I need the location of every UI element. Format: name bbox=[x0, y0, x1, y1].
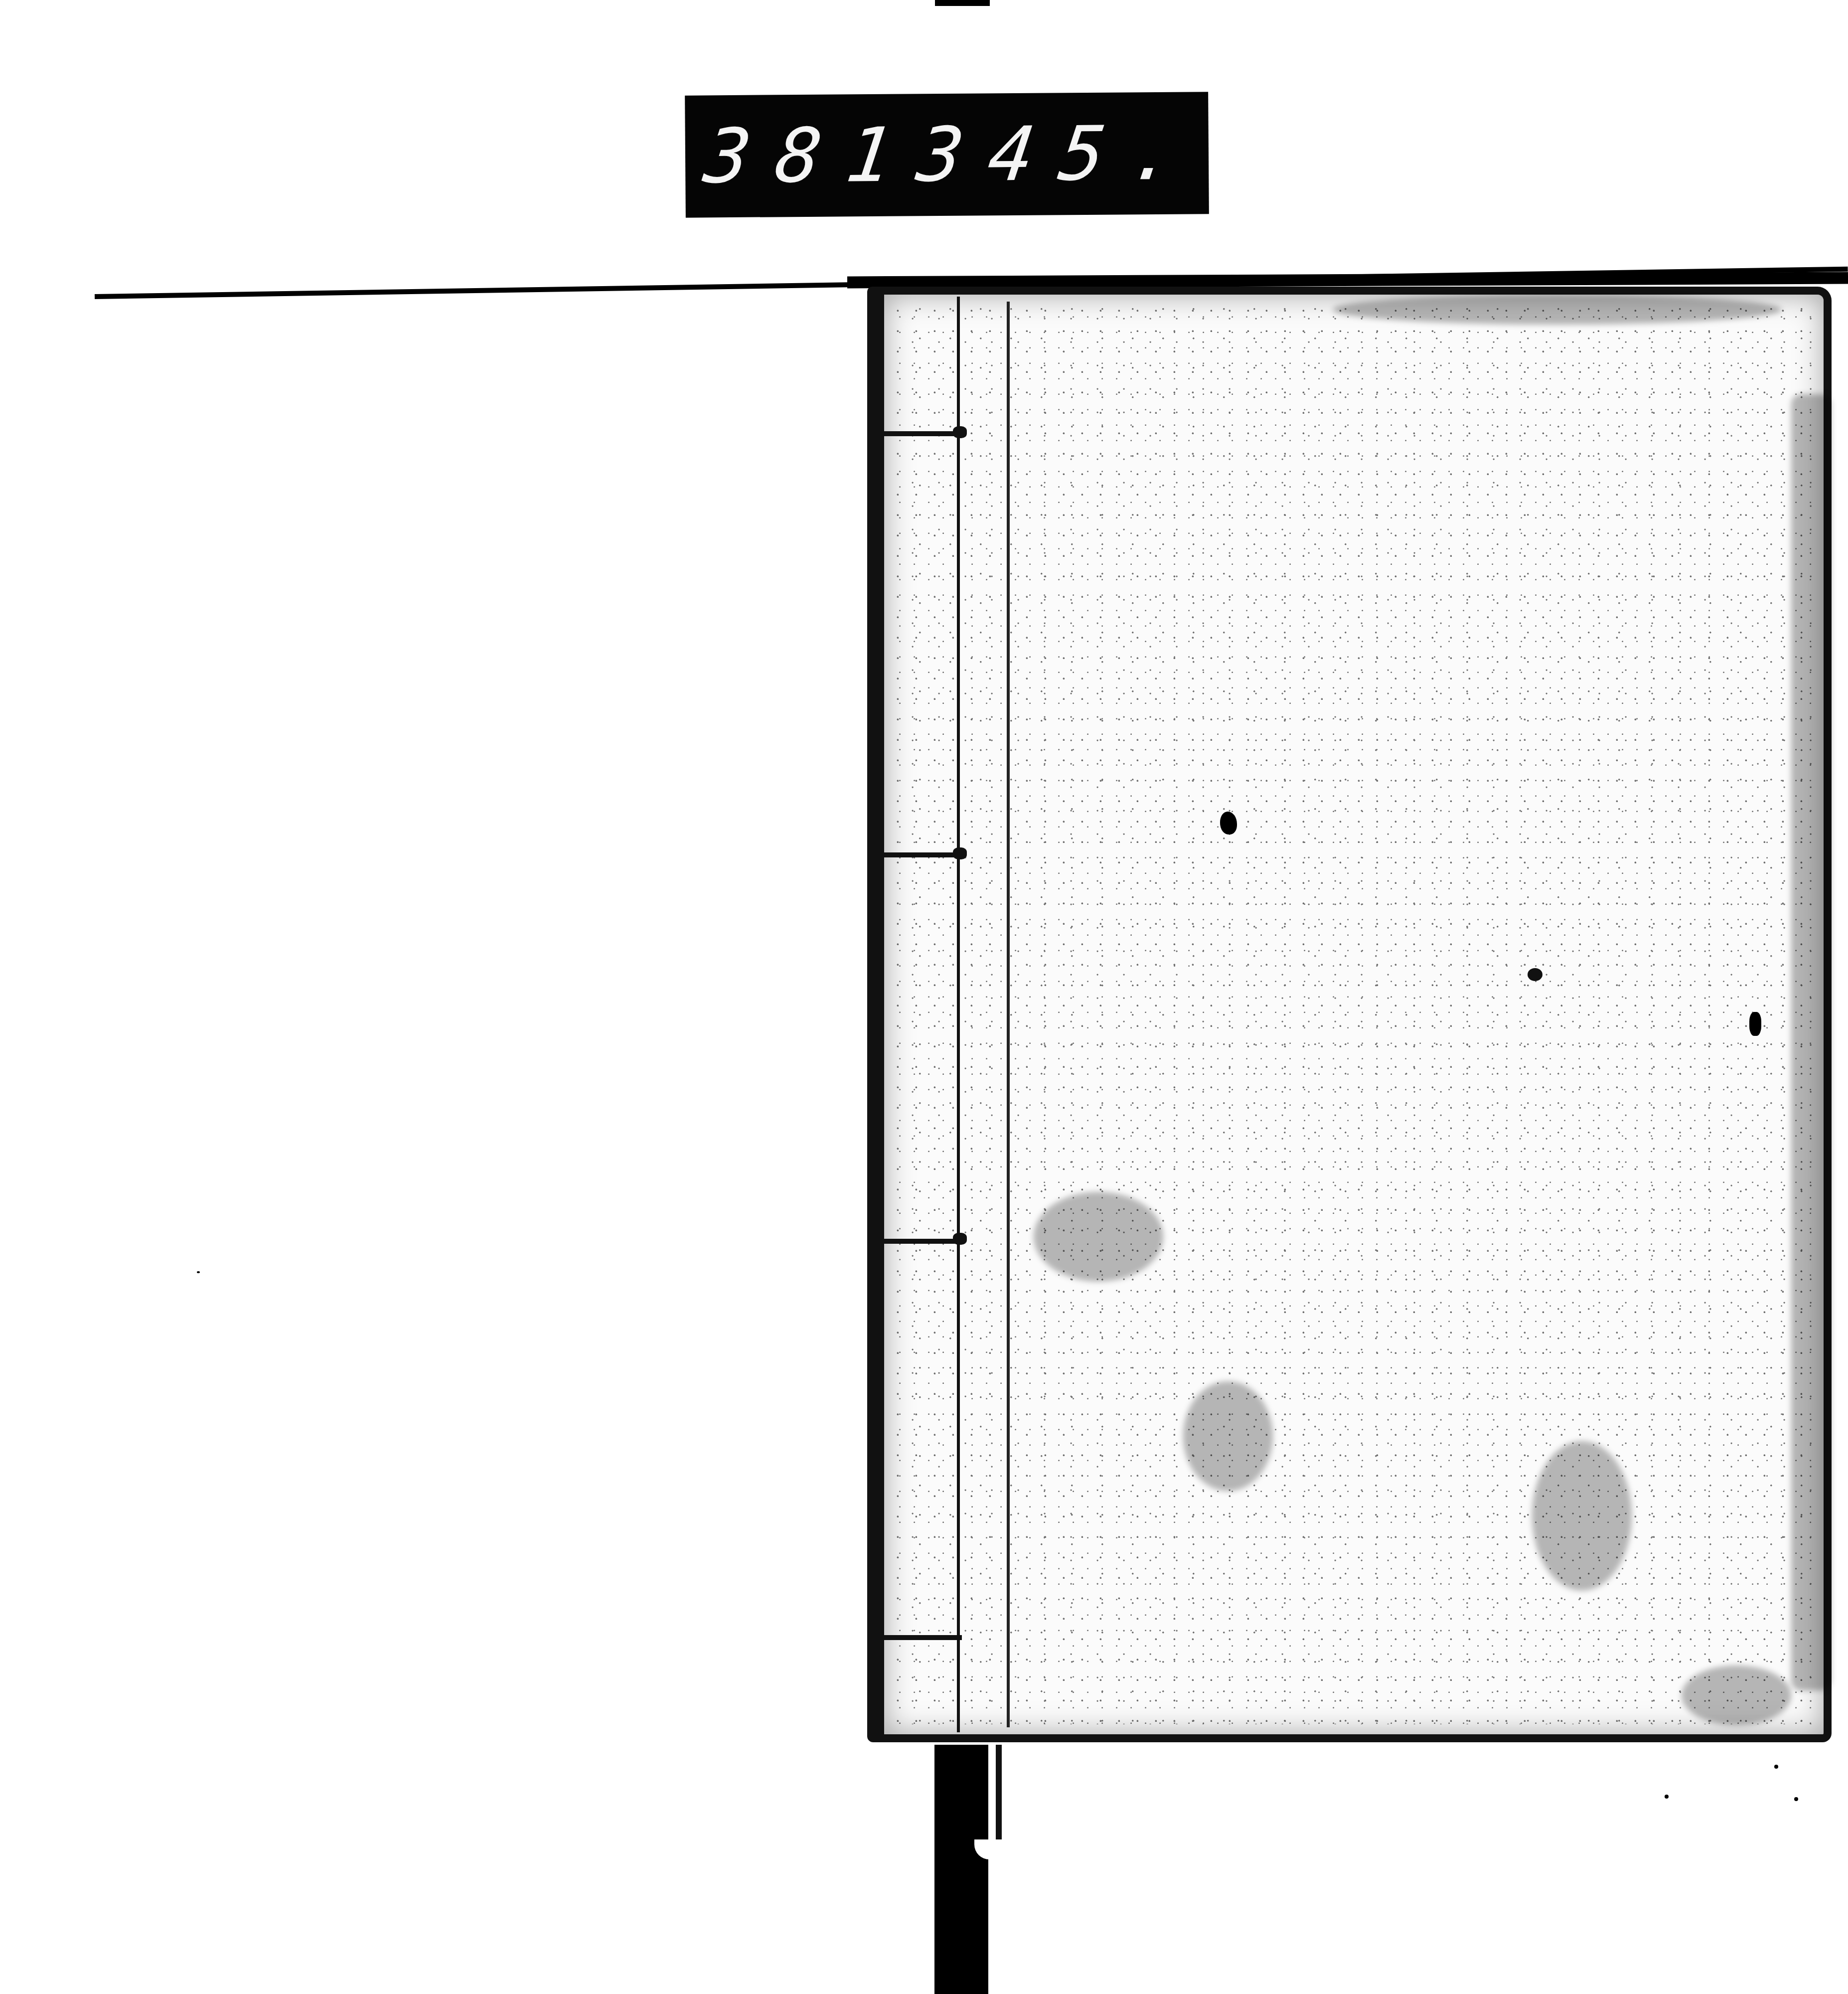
stain bbox=[1682, 1665, 1791, 1725]
binding-stitch bbox=[882, 852, 962, 857]
bookmark-tab bbox=[934, 1745, 988, 1994]
speck bbox=[1665, 1795, 1669, 1799]
book-cover bbox=[867, 287, 1832, 1742]
label-number-group-2: 345. bbox=[912, 110, 1207, 198]
cover-fold-line bbox=[1007, 302, 1010, 1727]
stain bbox=[1034, 1192, 1163, 1282]
ink-blot bbox=[1220, 812, 1237, 834]
binding-stitch bbox=[882, 1635, 962, 1640]
ink-blot bbox=[1528, 968, 1542, 981]
binding-knot bbox=[953, 847, 967, 859]
book-top-edge-shadow bbox=[847, 272, 1848, 289]
paper-texture bbox=[894, 305, 1814, 1724]
accession-label: 381345. bbox=[685, 92, 1209, 217]
speck bbox=[197, 1271, 200, 1273]
binding-stitch bbox=[882, 1239, 962, 1244]
binding-knot bbox=[953, 426, 967, 438]
stain bbox=[1532, 1441, 1632, 1591]
binding-stitch bbox=[882, 431, 962, 436]
stain bbox=[1183, 1381, 1273, 1491]
bookmark-thread bbox=[996, 1745, 1002, 1839]
stain bbox=[1333, 295, 1781, 325]
binding-knot bbox=[953, 1233, 967, 1245]
book bbox=[867, 287, 1844, 1745]
label-number: 381345. bbox=[685, 111, 1209, 199]
speck bbox=[1774, 1765, 1778, 1769]
top-clip-fragment bbox=[935, 0, 990, 6]
label-number-group-1: 381 bbox=[699, 112, 924, 200]
ink-blot bbox=[1749, 1012, 1761, 1036]
binding-strip bbox=[882, 297, 960, 1732]
speck bbox=[1794, 1797, 1798, 1801]
edge-wear bbox=[1791, 394, 1831, 1690]
